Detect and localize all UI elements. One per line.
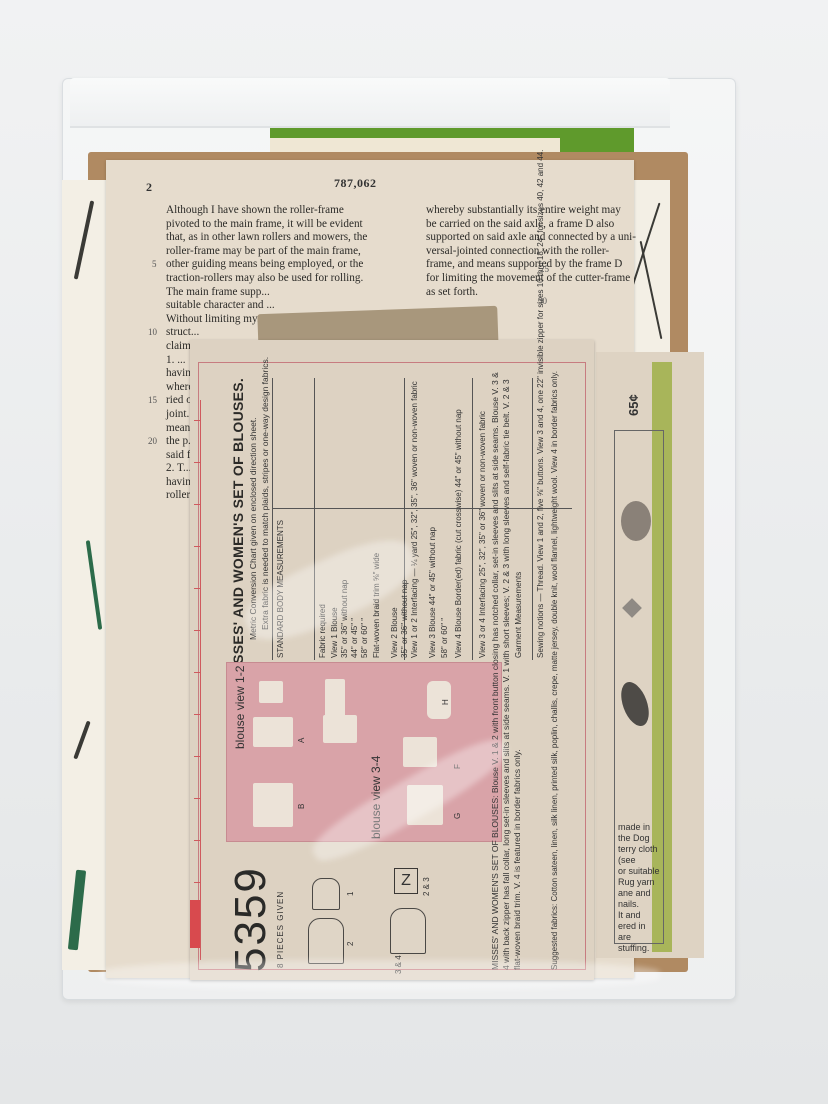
patent-number: 787,062 xyxy=(334,176,377,191)
piece-letter: H xyxy=(441,699,450,705)
plastic-glare xyxy=(100,960,660,990)
line-number: 15 xyxy=(148,395,157,405)
fabric-row: 58" or 60" " xyxy=(360,618,369,658)
craft-text-line: the Dog xyxy=(618,833,670,844)
fabric-row: View 2 Blouse xyxy=(390,607,399,658)
view-3-4-sketch-icon xyxy=(390,908,426,954)
craft-text-line: Rug yarn xyxy=(618,877,670,888)
fabric-row: View 3 or 4 Interfacing 25", 32", 35" or… xyxy=(478,411,487,658)
piece-a-front xyxy=(253,717,293,747)
patent-line: supported on said axle and connected by … xyxy=(426,231,676,245)
line-number: 10 xyxy=(148,327,157,337)
piece-letter: A xyxy=(297,738,306,743)
craft-text-line: It and xyxy=(618,910,670,921)
fabric-row: 58" or 60" " xyxy=(440,618,449,658)
piece-e-tie-end xyxy=(325,679,345,725)
piece-b-back xyxy=(253,783,293,827)
piece-letter: G xyxy=(453,813,462,819)
rug-illustration-icon xyxy=(616,678,654,729)
view-label: 2 xyxy=(346,942,355,946)
patent-line: versal-jointed connection with the rolle… xyxy=(426,245,676,259)
sewing-notions: Sewing notions — Thread. View 1 and 2, f… xyxy=(536,150,545,658)
fabric-row: View 3 Blouse 44" or 45" without nap xyxy=(428,527,437,658)
craft-text-line: stuffing. xyxy=(618,943,670,954)
patent-line: roller-frame may be part of the main fra… xyxy=(166,245,416,259)
craft-instructions-text: made in the Dog terry cloth (see or suit… xyxy=(618,822,670,954)
dog-illustration-icon xyxy=(621,501,651,541)
patent-line: for limiting the movement of the cutter-… xyxy=(426,272,676,286)
patent-line: as set forth. xyxy=(426,286,676,300)
view-label: 1 xyxy=(346,892,355,896)
piece-c-collar xyxy=(259,681,283,703)
patent-line: traction-rollers may also be used for ro… xyxy=(166,272,416,286)
patent-right-column: whereby substantially its entire weight … xyxy=(426,204,676,299)
pattern-envelope-5359: MISSES' AND WOMEN'S SET OF BLOUSES. Metr… xyxy=(190,340,594,980)
fabric-row: View 1 or 2 Interfacing — ¼ yard 25", 32… xyxy=(410,381,419,658)
pieces-given: 8 PIECES GIVEN xyxy=(276,891,285,968)
patent-line: The main frame supp... xyxy=(166,286,416,300)
bag-top-seal xyxy=(70,78,670,128)
patent-page-number: 2 xyxy=(146,180,152,195)
line-number: 5 xyxy=(152,259,157,269)
small-illustration-icon xyxy=(622,598,642,618)
patent-line: be carried on the said axle, a frame D a… xyxy=(426,218,676,232)
craft-text-line: terry cloth xyxy=(618,844,670,855)
piece-f-front xyxy=(403,737,437,767)
line-number: 20 xyxy=(148,436,157,446)
inch-ruler xyxy=(190,400,201,960)
patent-line: that, as in other lawn rollers and mower… xyxy=(166,231,416,245)
fabric-row: 44" or 45" " xyxy=(350,618,359,658)
ruler-brand-tag xyxy=(190,900,200,948)
size-z-icon: Z xyxy=(394,868,418,894)
craft-text-line: (see xyxy=(618,855,670,866)
pattern-number: 5359 xyxy=(226,866,276,972)
patent-line: pivoted to the main frame, it will be ev… xyxy=(166,218,416,232)
view-1-sketch-icon xyxy=(312,878,340,910)
craft-text-line: are xyxy=(618,932,670,943)
craft-price: 65¢ xyxy=(626,394,641,416)
view-2-sketch-icon xyxy=(308,918,344,964)
photo-scene: 2 787,062 Although I have shown the roll… xyxy=(0,0,828,1104)
craft-text-line: made in xyxy=(618,822,670,833)
pattern-description: MISSES' AND WOMEN'S SET OF BLOUSES: Blou… xyxy=(490,370,523,970)
craft-text-line: ered in xyxy=(618,921,670,932)
craft-text-line: nails. xyxy=(618,899,670,910)
fabric-row: View 4 Blouse Border(ed) fabric (cut cro… xyxy=(454,409,463,658)
craft-text-line: or suitable xyxy=(618,866,670,877)
suggested-fabrics: Suggested fabrics: Cotton sateen, linen,… xyxy=(550,371,559,970)
piece-letter: B xyxy=(297,804,306,809)
patent-line: other guiding means being employed, or t… xyxy=(166,258,416,272)
fabric-row: 35" or 36" without nap xyxy=(400,580,409,658)
patent-line: frame, and means supported by the frame … xyxy=(426,258,676,272)
patent-line: Although I have shown the roller-frame xyxy=(166,204,416,218)
view-label: 2 & 3 xyxy=(422,877,431,896)
patent-line: whereby substantially its entire weight … xyxy=(426,204,676,218)
craft-text-line: ane and xyxy=(618,888,670,899)
pieces-group-label: blouse view 1-2 xyxy=(233,666,247,749)
